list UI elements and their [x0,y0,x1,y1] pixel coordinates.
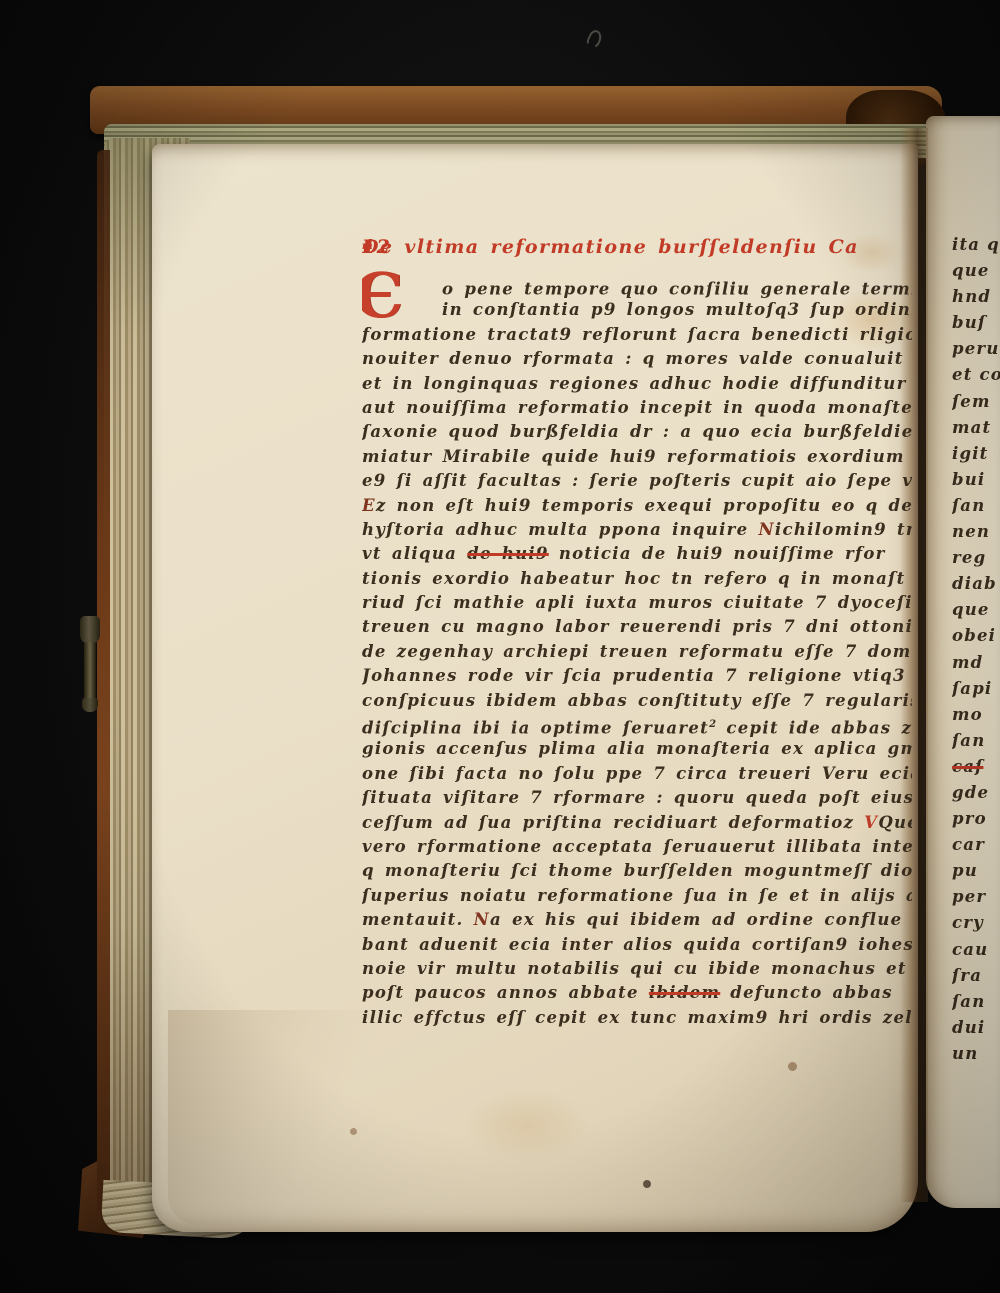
manuscript-line: de zegenhay archiepi treuen reformatu eſ… [362,640,912,664]
text-segment: ſituata viſitare 7 rformare : quoru qued… [362,788,912,807]
text-segment: ichilomin9 tn [775,520,912,539]
text-segment: hnd [952,284,991,310]
manuscript-line: bant aduenit ecia inter alios quida cort… [362,933,912,957]
text-segment: de zegenhay archiepi treuen reformatu eſ… [362,642,912,661]
text-segment: cepit ide abbas zelo reli [716,719,912,738]
text-segment: ceſſum ad ſua priſtina recidiuart deform… [362,813,864,832]
manuscript-line: poſt paucos annos abbate ibidem defuncto… [362,981,912,1005]
manuscript-line: o pene tempore quo conſiliu generale ter… [362,274,912,298]
body-text-lines: o pene tempore quo conſiliu generale ter… [362,274,912,1030]
manuscript-line: reg [952,545,1000,571]
manuscript-line: in conſtantia p9 longos multoſq3 ſup ord… [362,298,912,322]
manuscript-line: et co [952,362,1000,388]
chapter-rubric: De vltima reformatione burſſeldenſiu Cam… [362,232,912,266]
text-segment: cry [952,910,984,936]
manuscript-text-block: De vltima reformatione burſſeldenſiu Cam… [362,232,912,1044]
manuscript-line: hnd [952,284,1000,310]
drop-cap-initial: Є [362,266,438,332]
text-segment: et co [952,362,1000,388]
text-segment: et in longinquas regiones adhuc hodie di… [362,374,912,393]
text-segment: e9 ſi aſſit facultas : ſerie poſteris cu… [362,471,912,490]
text-segment: ſra [952,963,982,989]
book-clasp-tip [82,698,98,712]
text-segment: bui [952,467,985,493]
manuscript-line: que [952,597,1000,623]
text-segment: aut nouiſſima reformatio incepit in quod… [362,398,912,417]
manuscript-line: treuen cu magno labor reuerendi pris 7 d… [362,615,912,639]
text-segment: ſapi [952,676,992,702]
manuscript-line: vt aliqua de hui9 noticia de hui9 nouiſſ… [362,542,912,566]
manuscript-line: md [952,650,1000,676]
manuscript-line: que [952,258,1000,284]
manuscript-line: pu [952,858,1000,884]
manuscript-line: ſan [952,493,1000,519]
manuscript-line: hyſtoria adhuc multa ppona inquire Nichi… [362,518,912,542]
text-segment: one ſibi facta no ſolu ppe 7 circa treue… [362,764,912,783]
text-segment: cau [952,937,988,963]
text-segment: De vltima reformatione burſſeldenſiu Ca [362,232,859,262]
manuscript-line: q monaſteriu ſci thome burſſelden mogunt… [362,859,912,883]
manuscript-line: mat [952,415,1000,441]
text-segment: vero rformatione acceptata ſeruauerut il… [362,837,912,856]
leather-board-edge [97,150,110,1216]
text-segment: md [952,650,983,676]
manuscript-line: peru [952,336,1000,362]
text-segment: ſan [952,493,985,519]
manuscript-line: ſuperius noiatu reformatione ſua in ſe e… [362,884,912,908]
text-segment: ſaxonie quod burßfeldia dr : a quo ecia … [362,422,912,441]
manuscript-line: caſ [952,754,1000,780]
text-segment: noie vir multu notabilis qui cu ibide mo… [362,959,907,978]
manuscript-line: car [952,832,1000,858]
text-segment: obei [952,623,996,649]
text-segment: V [864,813,878,832]
manuscript-line: aut nouiſſima reformatio incepit in quod… [362,396,912,420]
text-segment: N [474,910,490,929]
manuscript-line: tionis exordio habeatur hoc tn refero q … [362,567,912,591]
manuscript-line: ſan [952,989,1000,1015]
manuscript-line: cau [952,937,1000,963]
text-segment: poſt paucos annos abbate [362,983,649,1002]
manuscript-line: per [952,884,1000,910]
text-segment: illic effctus eſſ cepit ex tunc maxim9 h… [362,1008,912,1027]
text-segment: gde [952,780,989,806]
manuscript-line: miatur Mirabile quide hui9 reformatiois … [362,445,912,469]
text-segment: mentauit. [362,910,474,929]
manuscript-photo: De vltima reformatione burſſeldenſiu Cam… [0,0,1000,1293]
text-segment: ibidem [649,983,720,1002]
manuscript-line: riud ſci mathie apli iuxta muros ciuitat… [362,591,912,615]
text-segment: mo [952,702,983,728]
text-segment: buſ [952,310,986,336]
text-segment: ſan [952,989,985,1015]
text-segment: car [952,832,985,858]
text-segment: in conſtantia p9 longos multoſq3 ſup ord… [442,300,912,319]
text-segment: nen [952,519,990,545]
text-segment: ſem [952,389,991,415]
text-segment: q monaſteriu ſci thome burſſelden mogunt… [362,861,912,880]
text-segment: diab [952,571,997,597]
background-fiber-mark [585,28,604,50]
manuscript-line: diab [952,571,1000,597]
manuscript-line: et in longinquas regiones adhuc hodie di… [362,372,912,396]
manuscript-line: illic effctus eſſ cepit ex tunc maxim9 h… [362,1006,912,1030]
text-segment: gionis accenſus plima alia monaſteria ex… [362,739,912,758]
manuscript-line: igit [952,441,1000,467]
manuscript-line: gionis accenſus plima alia monaſteria ex… [362,737,912,761]
text-segment: ſuperius noiatu reformatione ſua in ſe e… [362,886,912,905]
text-segment: ita q [952,232,1000,258]
text-segment: a ex his qui ibidem ad ordine conflue [490,910,902,929]
text-segment: tionis exordio habeatur hoc tn refero q … [362,569,906,588]
text-segment: formatione tractat9 reflorunt ſacra bene… [362,325,912,344]
text-segment: dui [952,1015,985,1041]
text-segment: pro [952,806,987,832]
manuscript-line: diſciplina ibi ia optime ſeruaret2 cepit… [362,713,912,737]
text-segment: o pene tempore quo conſiliu generale ter… [442,280,912,299]
text-segment: reg [952,545,986,571]
manuscript-line: one ſibi facta no ſolu ppe 7 circa treue… [362,762,912,786]
manuscript-line: ſituata viſitare 7 rformare : quoru qued… [362,786,912,810]
manuscript-line: Johannes rode vir ſcia prudentia 7 relig… [362,664,912,688]
manuscript-line: mo [952,702,1000,728]
text-segment: ſan [952,728,985,754]
facing-page-text-fragment: ita qquehndbuſperuet coſemmatigitbuiſann… [952,232,1000,1092]
manuscript-line: nouiter denuo rformata : q mores valde c… [362,347,912,371]
text-segment: m [362,232,373,262]
text-segment: E [362,496,376,515]
manuscript-line: ſra [952,963,1000,989]
text-segment: conſpicuus ibidem abbas conſtituty eſſe … [362,691,912,710]
manuscript-line: ceſſum ad ſua priſtina recidiuart deform… [362,811,912,835]
manuscript-line: conſpicuus ibidem abbas conſtituty eſſe … [362,689,912,713]
text-segment: vt aliqua [362,544,467,563]
manuscript-line: bui [952,467,1000,493]
text-segment: per [952,884,986,910]
manuscript-line: dui [952,1015,1000,1041]
manuscript-line: noie vir multu notabilis qui cu ibide mo… [362,957,912,981]
manuscript-line: buſ [952,310,1000,336]
text-segment: igit [952,441,989,467]
text-segment: nouiter denuo rformata : q mores valde c… [362,349,904,368]
book-clasp-head [80,616,100,644]
text-segment: bant aduenit ecia inter alios quida cort… [362,935,912,954]
manuscript-line: nen [952,519,1000,545]
text-segment: N [759,520,775,539]
text-segment: que [952,258,990,284]
manuscript-line: ita q [952,232,1000,258]
text-segment: Johannes rode vir ſcia prudentia 7 relig… [362,666,906,685]
text-segment: caſ [952,754,983,780]
text-segment: riud ſci mathie apli iuxta muros ciuitat… [362,593,912,612]
manuscript-line: Ez non eſt hui9 temporis exequi propoſit… [362,494,912,518]
text-segment: de hui9 [467,544,549,563]
text-segment: hyſtoria adhuc multa ppona inquire [362,520,759,539]
text-segment: defuncto abbas [720,983,893,1002]
manuscript-line: obei [952,623,1000,649]
manuscript-line: formatione tractat9 reflorunt ſacra bene… [362,323,912,347]
text-segment: mat [952,415,991,441]
manuscript-line: ſapi [952,676,1000,702]
text-segment: noticia de hui9 nouiſſime rfor [549,544,886,563]
manuscript-line: mentauit. Na ex his qui ibidem ad ordine… [362,908,912,932]
manuscript-line: ſan [952,728,1000,754]
text-segment: Quedm [878,813,912,832]
text-segment: treuen cu magno labor reuerendi pris 7 d… [362,617,912,636]
text-segment: un [952,1041,978,1067]
text-segment: diſciplina ibi ia optime ſeruaret [362,719,709,738]
text-segment: pu [952,858,978,884]
manuscript-line: gde [952,780,1000,806]
manuscript-line: pro [952,806,1000,832]
text-segment: z non eſt hui9 temporis exequi propoſitu… [376,496,912,515]
manuscript-line: cry [952,910,1000,936]
text-segment: que [952,597,990,623]
manuscript-line: ſem [952,389,1000,415]
manuscript-line: vero rformatione acceptata ſeruauerut il… [362,835,912,859]
manuscript-line: e9 ſi aſſit facultas : ſerie poſteris cu… [362,469,912,493]
manuscript-line: un [952,1041,1000,1067]
text-segment: peru [952,336,1000,362]
book-clasp-stem [84,642,96,702]
manuscript-line: ſaxonie quod burßfeldia dr : a quo ecia … [362,420,912,444]
text-segment: miatur Mirabile quide hui9 reformatiois … [362,447,905,466]
